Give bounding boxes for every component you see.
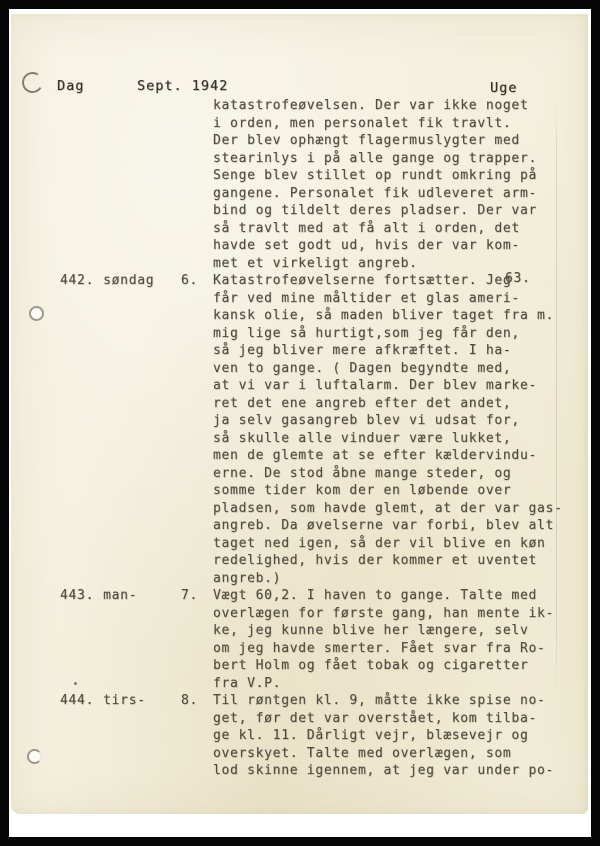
- text-line: kansk olie, så maden bliver taget fra m.: [213, 307, 562, 325]
- text-line: bert Holm og fået tobak og cigaretter: [213, 657, 562, 675]
- entry-lines: Vægt 60,2. I haven to gange. Talte medov…: [213, 587, 562, 692]
- entry-date: 6.: [181, 272, 198, 290]
- entry-date: 7.: [181, 587, 198, 605]
- text-line: angreb.): [213, 570, 562, 588]
- entry-day: tirs-: [103, 693, 146, 708]
- entry-443: 443.man- 7. Vægt 60,2. I haven to gange.…: [57, 587, 562, 692]
- page-number: 63.: [505, 270, 531, 288]
- text-line: ja selv gasangreb blev vi udsat for,: [213, 412, 562, 430]
- entry-number-and-day: 442.søndag: [60, 272, 154, 290]
- text-line: i orden, men personalet fik travlt.: [213, 115, 562, 133]
- text-line: ge kl. 11. Dårligt vejr, blæsevejr og: [213, 727, 562, 745]
- text-line: taget ned igen, så der vil blive en køn: [213, 535, 562, 553]
- punch-hole-top: [29, 306, 44, 321]
- entry-number: 442.: [60, 273, 94, 288]
- page-edge-line: [556, 100, 557, 700]
- text-line: om jeg havde smerter. Fået svar fra Ro-: [213, 640, 562, 658]
- text-line: Til røntgen kl. 9, måtte ikke spise no-: [213, 692, 562, 710]
- entry-day: man-: [103, 588, 137, 603]
- text-line: ret det ene angreb efter det andet,: [213, 395, 562, 413]
- text-line: mig lige så hurtigt,som jeg får den,: [213, 325, 562, 343]
- text-line: ke, jeg kunne blive her længere, selv: [213, 622, 562, 640]
- text-line: angreb. Da øvelserne var forbi, blev alt: [213, 517, 562, 535]
- text-line: Der blev ophængt flagermuslygter med: [213, 132, 562, 150]
- text-line: bind og tildelt deres pladser. Der var: [213, 202, 562, 220]
- entry-number: 444.: [60, 693, 94, 708]
- text-line: men de glemte at se efter kældervindu-: [213, 447, 562, 465]
- text-line: pladsen, som havde glemt, at der var gas…: [213, 500, 562, 518]
- text-line: så jeg bliver mere afkræftet. I ha-: [213, 342, 562, 360]
- text-line: Vægt 60,2. I haven to gange. Talte med: [213, 587, 562, 605]
- header-week-label: Uge: [490, 80, 517, 96]
- entry-day: søndag: [103, 273, 154, 288]
- text-line: at vi var i luftalarm. Der blev marke-: [213, 377, 562, 395]
- entry-number-and-day: 443.man-: [60, 587, 137, 605]
- entry-date: 8.: [181, 692, 198, 710]
- text-line: erne. De stod åbne mange steder, og: [213, 465, 562, 483]
- text-line: get, før det var overstået, kom tilba-: [213, 710, 562, 728]
- text-line: overskyet. Talte med overlægen, som: [213, 745, 562, 763]
- entry-442: 442.søndag 6. 63. Katastrofeøvelserne fo…: [57, 272, 562, 587]
- entry-lines: Katastrofeøvelserne fortsætter. Jegfår v…: [213, 272, 562, 587]
- text-line: katastrofeøvelsen. Der var ikke noget: [213, 97, 562, 115]
- entry-lines: Til røntgen kl. 9, måtte ikke spise no-g…: [213, 692, 562, 780]
- text-line: så travlt med at få alt i orden, det: [213, 220, 562, 238]
- text-line: havde set godt ud, hvis der var kom-: [213, 237, 562, 255]
- entry-number-and-day: 444.tirs-: [60, 692, 146, 710]
- continuation-block: katastrofeøvelsen. Der var ikke nogeti o…: [57, 97, 562, 272]
- text-line: somme tider kom der en løbende over: [213, 482, 562, 500]
- punch-hole-bottom: [27, 749, 42, 764]
- entry-444: 444.tirs- 8. Til røntgen kl. 9, måtte ik…: [57, 692, 562, 780]
- text-line: så skulle alle vinduer være lukket,: [213, 430, 562, 448]
- header-day-label: Dag: [57, 78, 84, 94]
- text-line: gangene. Personalet fik udleveret arm-: [213, 185, 562, 203]
- text-line: ven to gange. ( Dagen begyndte med,: [213, 360, 562, 378]
- text-line: overlægen for første gang, han mente ik-: [213, 605, 562, 623]
- diary-page: Dag Sept. 1942 Uge katastrofeøvelsen. De…: [11, 14, 588, 814]
- diary-text-flow: katastrofeøvelsen. Der var ikke nogeti o…: [57, 97, 562, 780]
- ink-speck: [74, 682, 77, 685]
- header-month-year: Sept. 1942: [137, 78, 228, 94]
- pen-mark-circle: [20, 70, 45, 95]
- text-line: lod skinne igennem, at jeg var under po-: [213, 762, 562, 780]
- text-line: Senge blev stillet op rundt omkring på: [213, 167, 562, 185]
- text-line: fra V.P.: [213, 675, 562, 693]
- text-line: stearinlys i på alle gange og trapper.: [213, 150, 562, 168]
- entry-number: 443.: [60, 588, 94, 603]
- continuation-lines: katastrofeøvelsen. Der var ikke nogeti o…: [213, 97, 562, 272]
- text-line: får ved mine måltider et glas ameri-: [213, 290, 562, 308]
- text-line: redelighed, hvis der kommer et uventet: [213, 552, 562, 570]
